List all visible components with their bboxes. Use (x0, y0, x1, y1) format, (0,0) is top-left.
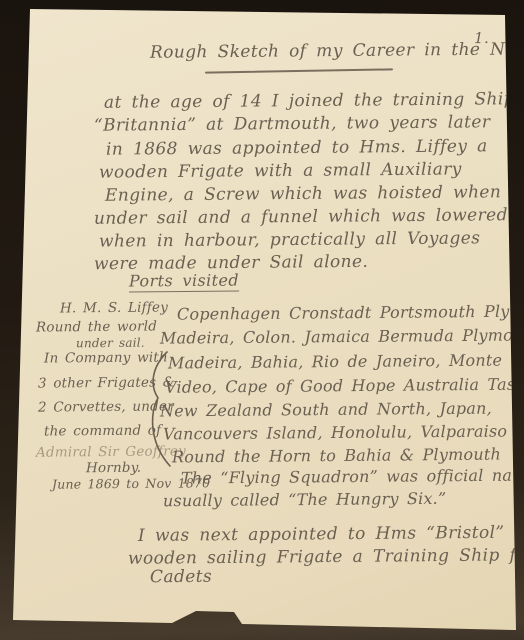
margin-note-line: H. M. S. Liffey (60, 301, 168, 317)
margin-note-line: Round the world (36, 319, 157, 335)
ports-list-line: Madeira, Colon. Jamaica Bermuda Plymouth (160, 326, 524, 347)
handwritten-line: I was next appointed to Hms “Bristol” an… (138, 523, 524, 546)
margin-note-line: Admiral Sir Geoffrey (36, 444, 186, 460)
handwritten-line: Cadets (150, 568, 212, 587)
page-title: Rough Sketch of my Career in the Navy. (150, 40, 524, 62)
margin-note-line: 2 Corvettes, under (38, 399, 174, 415)
handwritten-line: wooden sailing Frigate a Training Ship f… (128, 546, 524, 568)
ports-list-line: Copenhagen Cronstadt Portsmouth Plymouth (177, 302, 524, 323)
ports-list-line: Vancouvers Island, Honolulu, Valparaiso (163, 422, 507, 443)
handwritten-line: at the age of 14 I joined the training S… (104, 90, 515, 112)
handwritten-line: Engine, a Screw which was hoisted when (105, 183, 501, 205)
handwritten-line: under sail and a funnel which was lowere… (94, 206, 508, 228)
ports-visited-heading: Ports visited (129, 272, 239, 293)
ports-list-line: Video, Cape of Good Hope Australia Tasma… (165, 375, 524, 396)
manuscript-page: Rough Sketch of my Career in the Navy. 1… (0, 0, 524, 640)
margin-note-line: the command of (44, 423, 161, 439)
ports-list-line: The “Flying Squadron” was official name (181, 466, 524, 487)
ports-list-line: usually called “The Hungry Six.” (163, 490, 446, 510)
margin-note-line: 3 other Frigates & (38, 375, 175, 391)
photo-background: Rough Sketch of my Career in the Navy. 1… (0, 0, 524, 640)
handwritten-line: “Britannia” at Dartmouth, two years late… (94, 113, 490, 135)
ports-list-line: Round the Horn to Bahia & Plymouth (172, 446, 501, 466)
ports-list-line: New Zealand South and North, Japan, (160, 400, 492, 420)
margin-note-line: under sail. (76, 337, 145, 351)
title-underline (205, 68, 393, 73)
page-number: 1. (474, 30, 489, 47)
margin-note-line: In Company with (44, 350, 168, 366)
ports-list-line: Madeira, Bahia, Rio de Janeiro, Monte (168, 352, 502, 373)
handwritten-line: in 1868 was appointed to Hms. Liffey a (106, 137, 488, 159)
margin-note-line: Hornby. (86, 461, 141, 476)
handwritten-line: wooden Frigate with a small Auxiliary (99, 160, 462, 182)
handwritten-line: when in harbour, practically all Voyages (99, 229, 480, 251)
